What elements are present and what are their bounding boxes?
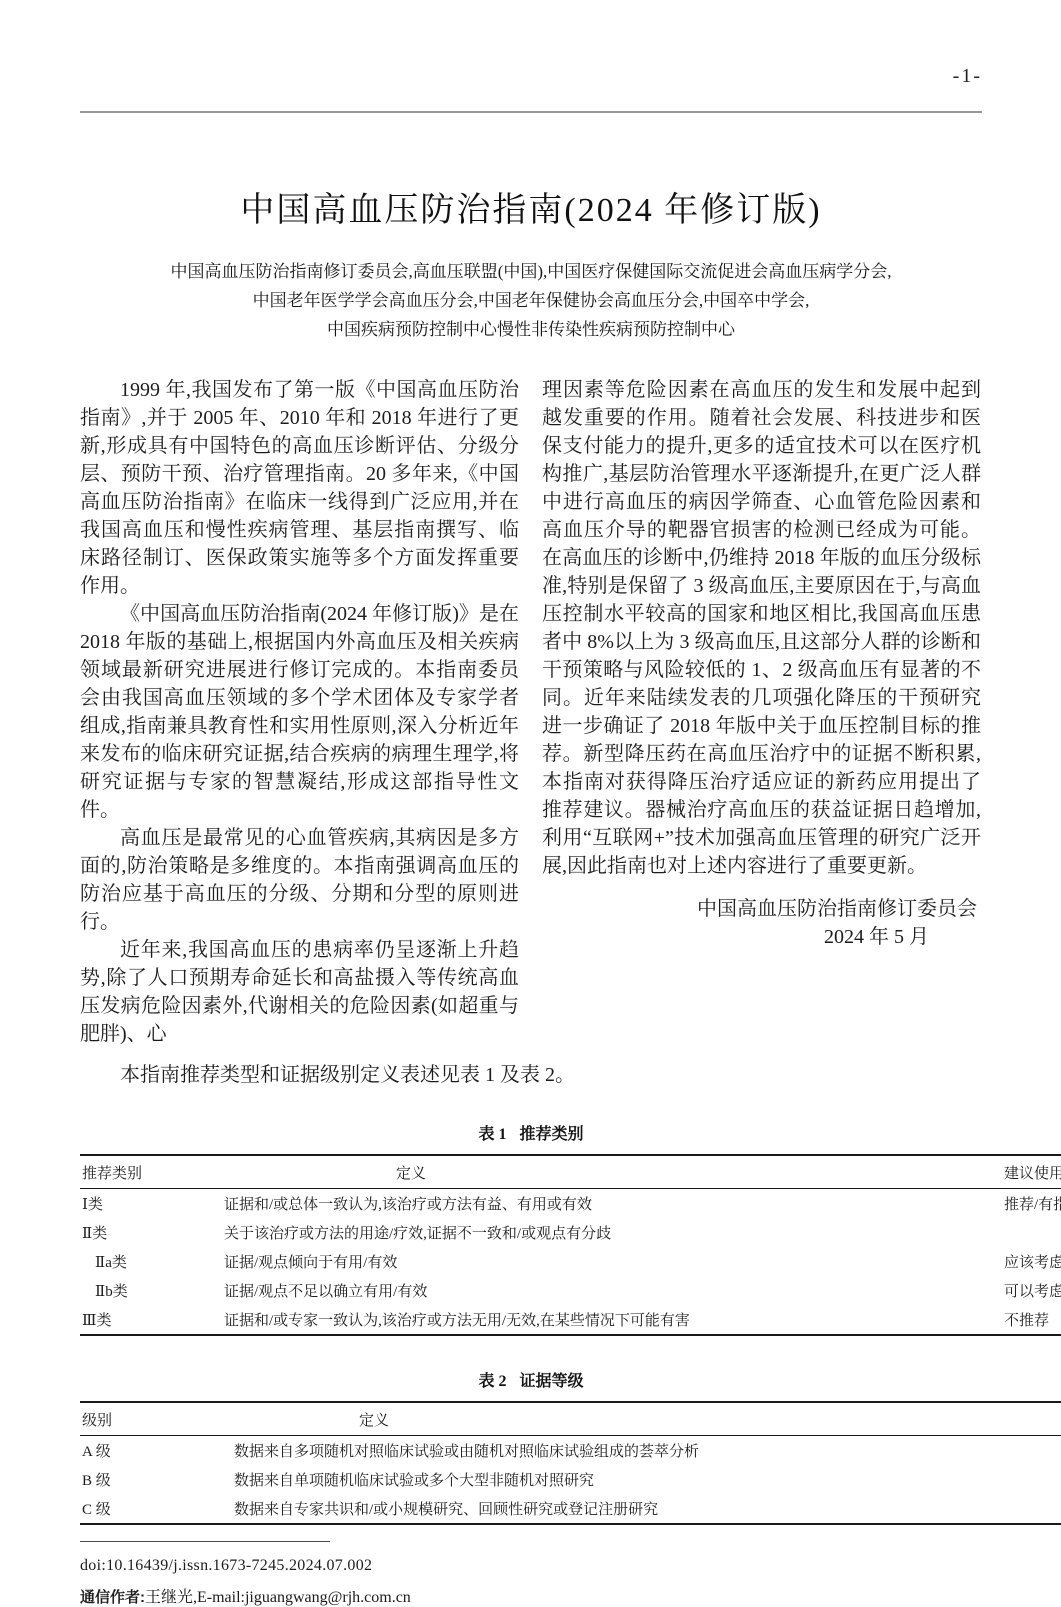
author-line: 中国疾病预防控制中心慢性非传染性疾病预防控制中心	[80, 315, 982, 344]
cell-category: Ⅲ类	[80, 1305, 224, 1335]
table-row: Ⅱb类 证据/观点不足以确立有用/有效 可以考虑	[80, 1276, 1061, 1305]
column-header-expression: 建议使用的表述	[1004, 1155, 1061, 1189]
paragraph: 高血压是最常见的心血管疾病,其病因是多方面的,防治策略是多维度的。本指南强调高血…	[80, 824, 519, 936]
column-header-definition: 定义	[224, 1155, 1004, 1189]
table-row: Ⅱa类 证据/观点倾向于有用/有效 应该考虑	[80, 1247, 1061, 1276]
recommendation-classes-table: 推荐类别 定义 建议使用的表述 Ⅰ类 证据和/或总体一致认为,该治疗或方法有益、…	[80, 1154, 1061, 1336]
correspondence-label: 通信作者:	[80, 1589, 145, 1606]
table-row: Ⅱ类 关于该治疗或方法的用途/疗效,证据不一致和/或观点有分歧	[80, 1218, 1061, 1247]
left-column: 1999 年,我国发布了第一版《中国高血压防治指南》,并于 2005 年、201…	[80, 376, 519, 1048]
table1-caption-title: 推荐类别	[520, 1126, 584, 1143]
signature-date: 2024 年 5 月	[542, 923, 981, 951]
cell-definition: 数据来自多项随机对照临床试验或由随机对照临床试验组成的荟萃分析	[234, 1436, 1061, 1466]
cell-level: A 级	[80, 1436, 234, 1466]
cell-level: C 级	[80, 1494, 234, 1524]
correspondence-value: 王继光,E-mail:jiguangwang@rjh.com.cn	[145, 1589, 411, 1606]
signature-committee: 中国高血压防治指南修订委员会	[542, 895, 981, 923]
correspondence-line: 通信作者:王继光,E-mail:jiguangwang@rjh.com.cn	[80, 1584, 982, 1607]
tables-intro: 本指南推荐类型和证据级别定义表述见表 1 及表 2。	[80, 1061, 982, 1089]
cell-expression: 可以考虑	[1004, 1276, 1061, 1305]
table2-caption-title: 证据等级	[520, 1373, 584, 1390]
table-row: B 级 数据来自单项随机临床试验或多个大型非随机对照研究	[80, 1465, 1061, 1494]
column-header-level: 级别	[80, 1402, 234, 1436]
cell-definition: 证据和/或总体一致认为,该治疗或方法有益、有用或有效	[224, 1189, 1004, 1219]
table-row: C 级 数据来自专家共识和/或小规模研究、回顾性研究或登记注册研究	[80, 1494, 1061, 1524]
footnote-rule	[80, 1541, 330, 1542]
right-column: 理因素等危险因素在高血压的发生和发展中起到越发重要的作用。随着社会发展、科技进步…	[542, 376, 981, 1048]
table-row: Ⅲ类 证据和/或专家一致认为,该治疗或方法无用/无效,在某些情况下可能有害 不推…	[80, 1305, 1061, 1335]
table2-caption-label: 表 2	[478, 1373, 506, 1390]
cell-definition: 数据来自单项随机临床试验或多个大型非随机对照研究	[234, 1465, 1061, 1494]
cell-definition: 证据/观点不足以确立有用/有效	[224, 1276, 1004, 1305]
document-page: -1- 中国高血压防治指南(2024 年修订版) 中国高血压防治指南修订委员会,…	[0, 0, 1061, 1500]
paragraph: 近年来,我国高血压的患病率仍呈逐渐上升趋势,除了人口预期寿命延长和高盐摄入等传统…	[80, 936, 519, 1048]
doi-line: doi:10.16439/j.issn.1673-7245.2024.07.00…	[80, 1557, 982, 1575]
evidence-levels-table: 级别 定义 A 级 数据来自多项随机对照临床试验或由随机对照临床试验组成的荟萃分…	[80, 1401, 1061, 1525]
cell-expression: 不推荐	[1004, 1305, 1061, 1335]
cell-expression: 应该考虑	[1004, 1247, 1061, 1276]
paragraph: 《中国高血压防治指南(2024 年修订版)》是在 2018 年版的基础上,根据国…	[80, 600, 519, 824]
cell-category: Ⅰ类	[80, 1189, 224, 1219]
cell-category: Ⅱ类	[80, 1218, 224, 1247]
header-row: 级别 定义	[80, 1402, 1061, 1436]
table1-caption-label: 表 1	[478, 1126, 506, 1143]
cell-definition: 证据和/或专家一致认为,该治疗或方法无用/无效,在某些情况下可能有害	[224, 1305, 1004, 1335]
cell-expression: 推荐/有指征	[1004, 1189, 1061, 1219]
cell-category: Ⅱa类	[80, 1247, 224, 1276]
page-number: -1-	[80, 64, 982, 88]
cell-category: Ⅱb类	[80, 1276, 224, 1305]
document-title: 中国高血压防治指南(2024 年修订版)	[80, 189, 982, 233]
column-header-definition: 定义	[234, 1402, 1061, 1436]
paragraph: 1999 年,我国发布了第一版《中国高血压防治指南》,并于 2005 年、201…	[80, 376, 519, 600]
author-line: 中国高血压防治指南修订委员会,高血压联盟(中国),中国医疗保健国际交流促进会高血…	[80, 257, 982, 286]
author-line: 中国老年医学学会高血压分会,中国老年保健协会高血压分会,中国卒中学会,	[80, 286, 982, 315]
cell-definition: 关于该治疗或方法的用途/疗效,证据不一致和/或观点有分歧	[224, 1218, 1004, 1247]
cell-definition: 证据/观点倾向于有用/有效	[224, 1247, 1004, 1276]
body-columns: 1999 年,我国发布了第一版《中国高血压防治指南》,并于 2005 年、201…	[80, 376, 982, 1048]
author-affiliations: 中国高血压防治指南修订委员会,高血压联盟(中国),中国医疗保健国际交流促进会高血…	[80, 257, 982, 344]
header-rule	[80, 111, 982, 113]
table-row: A 级 数据来自多项随机对照临床试验或由随机对照临床试验组成的荟萃分析	[80, 1436, 1061, 1466]
paragraph-continuation: 理因素等危险因素在高血压的发生和发展中起到越发重要的作用。随着社会发展、科技进步…	[542, 376, 981, 880]
table-row: Ⅰ类 证据和/或总体一致认为,该治疗或方法有益、有用或有效 推荐/有指征	[80, 1189, 1061, 1219]
cell-expression	[1004, 1218, 1061, 1247]
column-header-category: 推荐类别	[80, 1155, 224, 1189]
table2-caption: 表 2证据等级	[80, 1368, 982, 1391]
cell-definition: 数据来自专家共识和/或小规模研究、回顾性研究或登记注册研究	[234, 1494, 1061, 1524]
header-row: 推荐类别 定义 建议使用的表述	[80, 1155, 1061, 1189]
cell-level: B 级	[80, 1465, 234, 1494]
table1-caption: 表 1推荐类别	[80, 1121, 982, 1144]
